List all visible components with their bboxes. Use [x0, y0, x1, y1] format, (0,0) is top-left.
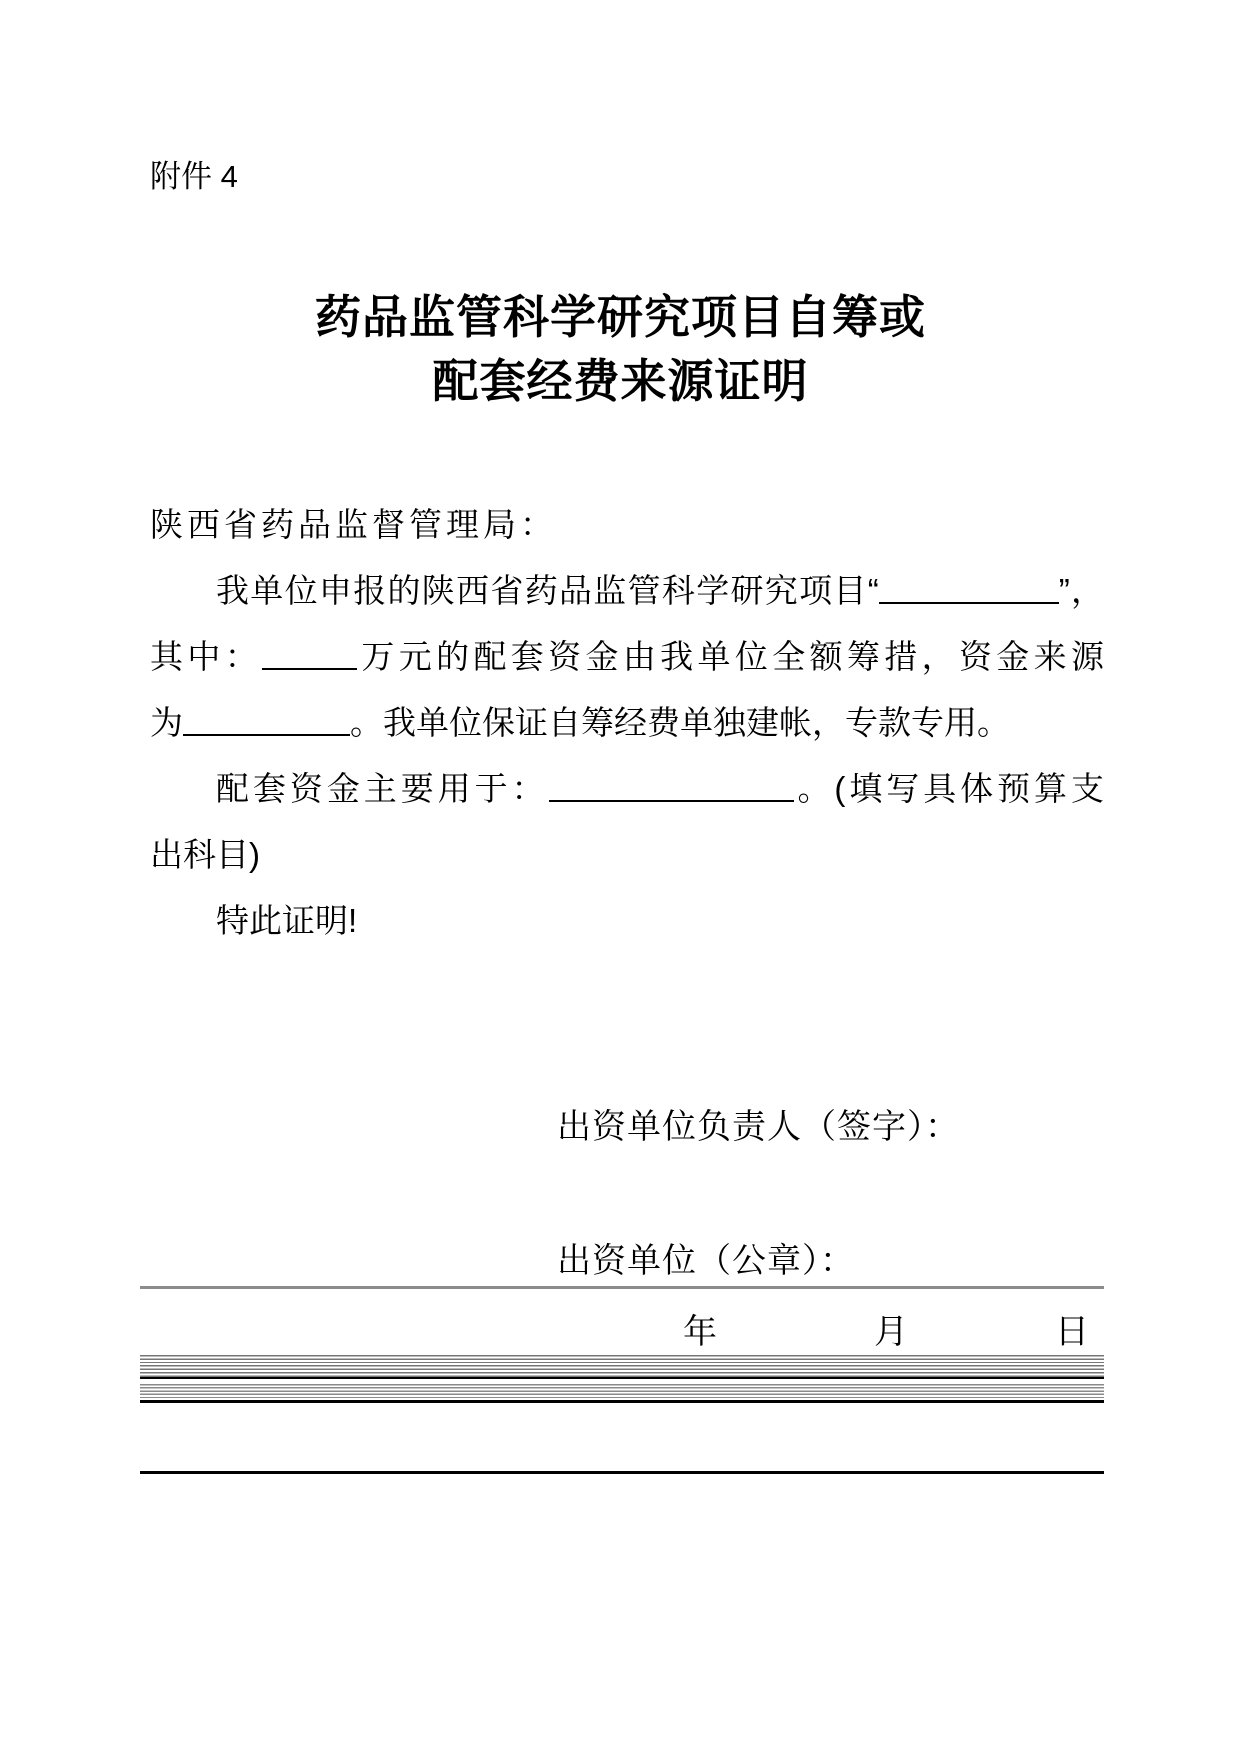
- salutation-line: 陕西省药品监督管理局：: [150, 492, 1104, 558]
- document-title-line2: 配套经费来源证明: [0, 349, 1241, 413]
- document-page: 附件 4 药品监管科学研究项目自筹或 配套经费来源证明 陕西省药品监督管理局： …: [0, 0, 1241, 1755]
- compressed-table-stripe-band: [140, 1355, 1104, 1403]
- body-line-2-pre: 其中：: [150, 638, 262, 675]
- body-line-2: 其中：万元的配套资金由我单位全额筹措，资金来源: [150, 624, 1104, 690]
- body-line-4-post: 。(填写具体预算支: [794, 770, 1105, 807]
- body-line-1-text: 我单位申报的陕西省药品监管科学研究项目: [216, 572, 868, 609]
- body-line-1-end: ”，: [1059, 572, 1104, 609]
- stripe-group-top: [140, 1355, 1104, 1379]
- body-line-3-post: 。我单位保证自筹经费单独建帐，专款专用。: [350, 704, 1010, 741]
- funding-source-blank: [183, 703, 350, 736]
- body-line-5: 出科目): [150, 822, 1104, 888]
- date-day-label: 日: [1055, 1314, 1089, 1351]
- body-line-4-pre: 配套资金主要用于：: [216, 770, 549, 807]
- project-name-blank: [879, 571, 1059, 604]
- stripe-black-line: [140, 1400, 1104, 1403]
- matching-amount-blank: [262, 637, 357, 670]
- document-title: 药品监管科学研究项目自筹或 配套经费来源证明: [0, 285, 1241, 413]
- body-line-3: 为。我单位保证自筹经费单独建帐，专款专用。: [150, 690, 1104, 756]
- body-line-6: 特此证明!: [150, 888, 1104, 954]
- usage-blank: [549, 769, 794, 802]
- document-title-line1: 药品监管科学研究项目自筹或: [0, 285, 1241, 349]
- unit-seal-label: 出资单位（公章）：: [557, 1240, 855, 1283]
- attachment-label: 附件 4: [150, 155, 238, 199]
- body-line-2-post: 万元的配套资金由我单位全额筹措，资金来源: [357, 638, 1104, 675]
- body-line-3-pre: 为: [150, 704, 183, 741]
- stripe-group-bottom: [140, 1384, 1104, 1398]
- responsible-signature-label: 出资单位负责人（签字）：: [557, 1106, 960, 1149]
- gray-divider-rule: [140, 1286, 1104, 1289]
- date-month-label: 月: [874, 1314, 908, 1351]
- body-line-1: 我单位申报的陕西省药品监管科学研究项目“”，: [150, 558, 1104, 624]
- document-body: 陕西省药品监督管理局： 我单位申报的陕西省药品监管科学研究项目“”， 其中：万元…: [150, 492, 1104, 954]
- date-year-label: 年: [683, 1314, 717, 1351]
- open-quote: “: [868, 572, 879, 609]
- bottom-horizontal-rule: [140, 1471, 1104, 1474]
- body-line-4: 配套资金主要用于：。(填写具体预算支: [150, 756, 1104, 822]
